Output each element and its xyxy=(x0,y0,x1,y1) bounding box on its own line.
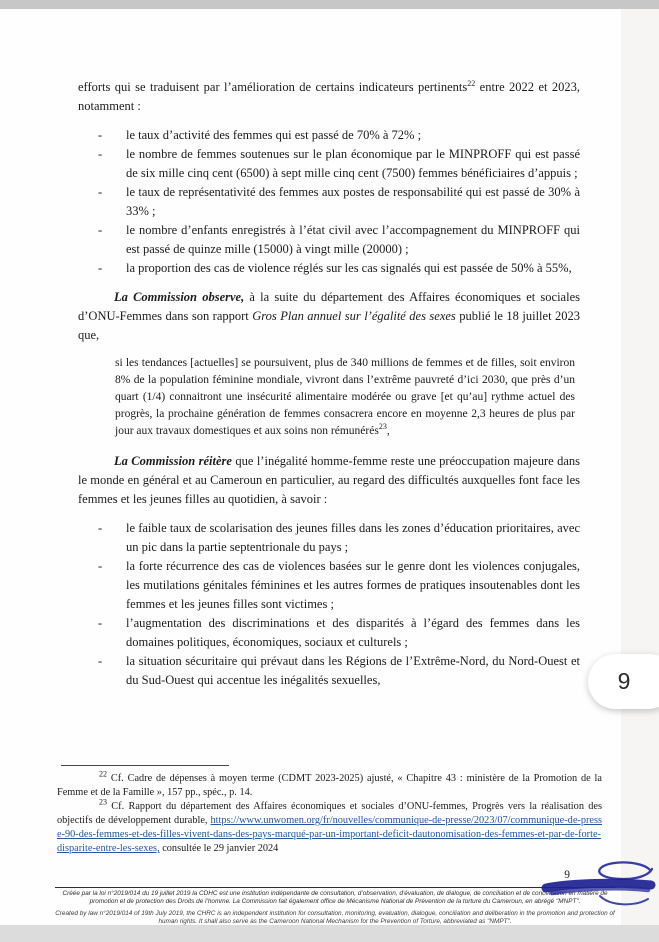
commission-reitere-lead: La Commission réitère xyxy=(114,454,232,468)
page-indicator-label: 9 xyxy=(588,668,659,695)
intro-text: efforts qui se traduisent par l’améliora… xyxy=(78,80,467,94)
footnotes-section: 22 Cf. Cadre de dépenses à moyen terme (… xyxy=(57,765,602,856)
viewer-top-edge xyxy=(0,0,659,9)
dash-bullet: - xyxy=(95,614,126,652)
list-item: - le nombre d’enfants enregistrés à l’ét… xyxy=(95,221,580,259)
list-item: - le nombre de femmes soutenues sur le p… xyxy=(95,145,580,183)
block-quote: si les tendances [actuelles] se poursuiv… xyxy=(115,355,575,440)
footer-french-text: Créée par la loi n°2019/014 du 19 juille… xyxy=(55,890,615,907)
list-item-text: le nombre de femmes soutenues sur le pla… xyxy=(126,145,580,183)
quote-tail: , xyxy=(387,425,390,437)
footnote-23: 23 Cf. Rapport du département des Affair… xyxy=(57,800,602,856)
list-item-text: la proportion des cas de violence réglés… xyxy=(126,259,580,278)
dash-bullet: - xyxy=(95,259,126,278)
list-item-text: le taux d’activité des femmes qui est pa… xyxy=(126,126,580,145)
list-item: - le faible taux de scolarisation des je… xyxy=(95,519,580,557)
list-item-text: le faible taux de scolarisation des jeun… xyxy=(126,519,580,557)
paragraph-commission-observe: La Commission observe, à la suite du dép… xyxy=(78,288,580,345)
dash-bullet: - xyxy=(95,557,126,614)
page-indicator-pill: 9 xyxy=(588,654,659,709)
viewer-bottom-edge xyxy=(0,925,659,942)
dash-bullet: - xyxy=(95,183,126,221)
footnote-23-text-after: consultée le 29 janvier 2024 xyxy=(160,843,279,854)
list-item: - l’augmentation des discriminations et … xyxy=(95,614,580,652)
difficulties-list: - le faible taux de scolarisation des je… xyxy=(95,519,580,690)
list-item: - le taux d’activité des femmes qui est … xyxy=(95,126,580,145)
list-item-text: la situation sécuritaire qui prévaut dan… xyxy=(126,652,580,690)
footnote-separator xyxy=(61,765,229,766)
list-item-text: le nombre d’enfants enregistrés à l’état… xyxy=(126,221,580,259)
document-viewer: efforts qui se traduisent par l’améliora… xyxy=(0,0,659,942)
dash-bullet: - xyxy=(95,221,126,259)
page-body-text: efforts qui se traduisent par l’améliora… xyxy=(78,78,580,700)
commission-observe-lead: La Commission observe, xyxy=(114,290,244,304)
page-footer: Créée par la loi n°2019/014 du 19 juille… xyxy=(55,887,615,927)
footer-english-text: Created by law n°2019/014 of 19th July 2… xyxy=(55,910,615,927)
dash-bullet: - xyxy=(95,145,126,183)
quote-text: si les tendances [actuelles] se poursuiv… xyxy=(115,357,575,437)
list-item-text: le taux de représentativité des femmes a… xyxy=(126,183,580,221)
page-right-margin xyxy=(620,9,659,925)
list-item: - le taux de représentativité des femmes… xyxy=(95,183,580,221)
document-page: efforts qui se traduisent par l’améliora… xyxy=(0,9,621,925)
paragraph-commission-reitere: La Commission réitère que l’inégalité ho… xyxy=(78,452,580,509)
signature-scribble xyxy=(538,858,659,918)
list-item-text: la forte récurrence des cas de violences… xyxy=(126,557,580,614)
list-item: - la situation sécuritaire qui prévaut d… xyxy=(95,652,580,690)
paragraph-intro: efforts qui se traduisent par l’améliora… xyxy=(78,78,580,116)
footnote-22-number: 22 xyxy=(99,770,107,779)
list-item: - la proportion des cas de violence régl… xyxy=(95,259,580,278)
list-item-text: l’augmentation des discriminations et de… xyxy=(126,614,580,652)
dash-bullet: - xyxy=(95,652,126,690)
report-title-italic: Gros Plan annuel sur l’égalité des sexes xyxy=(252,309,456,323)
footnote-22: 22 Cf. Cadre de dépenses à moyen terme (… xyxy=(57,772,602,800)
indicator-list: - le taux d’activité des femmes qui est … xyxy=(95,126,580,278)
dash-bullet: - xyxy=(95,519,126,557)
dash-bullet: - xyxy=(95,126,126,145)
footnote-ref-23: 23 xyxy=(379,422,387,431)
list-item: - la forte récurrence des cas de violenc… xyxy=(95,557,580,614)
footnote-23-number: 23 xyxy=(99,798,107,807)
footnote-22-text: Cf. Cadre de dépenses à moyen terme (CDM… xyxy=(57,773,602,798)
